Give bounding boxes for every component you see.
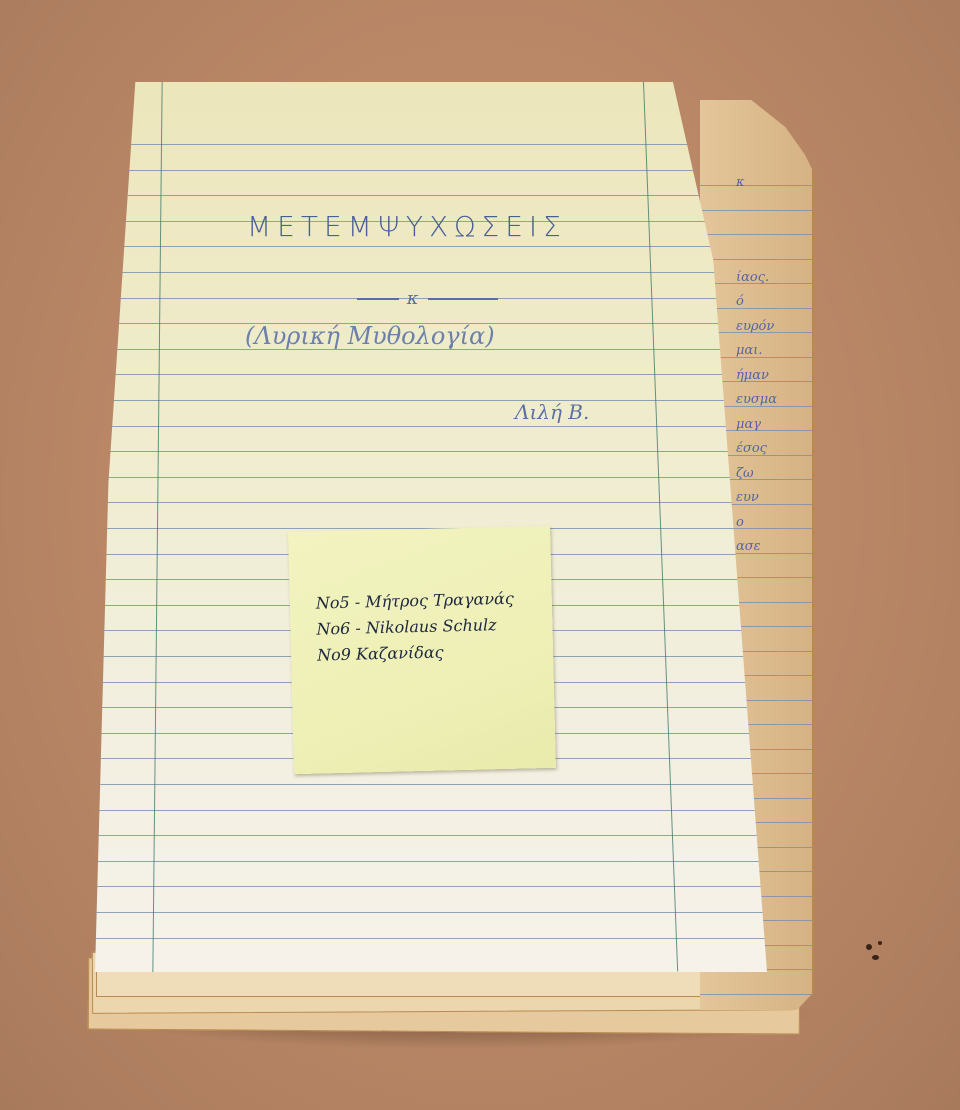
back-sheet-handwriting: ευσμα (736, 392, 777, 407)
author-signature: Λιλή Β. (515, 400, 589, 424)
left-margin-line (152, 82, 162, 972)
back-sheet-handwriting: ευρόν (736, 319, 774, 334)
sticky-note-line: No5 - Μήτρος Τραγανάς (316, 589, 514, 613)
ruled-line (95, 784, 767, 785)
ruled-line (95, 835, 767, 836)
separator-mark: κ (407, 288, 421, 309)
back-sheet-handwriting: ζω (736, 466, 754, 481)
sticky-note-line: No9 Καζανίδας (317, 642, 444, 664)
ruled-line (95, 451, 767, 452)
ruled-line (95, 861, 767, 862)
ruled-line (95, 272, 767, 273)
back-sheet-handwriting: μαγ (736, 417, 761, 432)
sticky-note-line: No6 - Nikolaus Schulz (316, 615, 497, 638)
ruled-line (700, 259, 812, 260)
back-sheet-handwriting: ασε (736, 539, 761, 554)
photo-scene: κίαος.όευρόνμαι.ήμανευσμαμαγέσοςζωευνοασ… (0, 0, 960, 1110)
ruled-line (95, 195, 767, 196)
ruled-line (700, 210, 812, 211)
back-sheet-handwriting: ο (736, 515, 744, 530)
ink-stain (872, 955, 879, 960)
ruled-line (95, 938, 767, 939)
ruled-line (700, 234, 812, 235)
ruled-line (95, 426, 767, 427)
ruled-line (95, 374, 767, 375)
sticky-note: No5 - Μήτρος Τραγανάς No6 - Nikolaus Sch… (288, 526, 556, 774)
back-sheet-handwriting: ευν (736, 490, 759, 505)
ink-stain (866, 944, 872, 950)
title-separator: κ (357, 288, 498, 309)
ink-stain (878, 941, 882, 945)
back-sheet-handwriting: έσος (736, 441, 767, 456)
manuscript-subtitle: (Λυρική Μυθολογία) (245, 322, 495, 350)
ruled-line (95, 502, 767, 503)
back-sheet-handwriting: μαι. (736, 343, 762, 358)
back-sheet-handwriting: ήμαν (736, 368, 769, 383)
manuscript-title: ΜΕΤΕΜΨΥΧΩΣΕΙΣ (247, 210, 567, 243)
ruled-line (95, 170, 767, 171)
ruled-line (95, 886, 767, 887)
ruled-line (700, 994, 812, 995)
front-lined-page: ΜΕΤΕΜΨΥΧΩΣΕΙΣ κ (Λυρική Μυθολογία) Λιλή … (95, 82, 767, 972)
right-margin-line (643, 82, 678, 971)
separator-dash (428, 298, 498, 300)
back-sheet-handwriting: ό (736, 294, 744, 309)
back-sheet-handwriting: κ (736, 175, 745, 190)
ruled-line (700, 185, 812, 186)
separator-dash (357, 298, 399, 300)
back-sheet-handwriting: ίαος. (736, 270, 769, 285)
ruled-line (95, 810, 767, 811)
ruled-line (95, 477, 767, 478)
ruled-line (95, 144, 767, 145)
ruled-line (95, 912, 767, 913)
ruled-line (95, 400, 767, 401)
ruled-line (95, 246, 767, 247)
